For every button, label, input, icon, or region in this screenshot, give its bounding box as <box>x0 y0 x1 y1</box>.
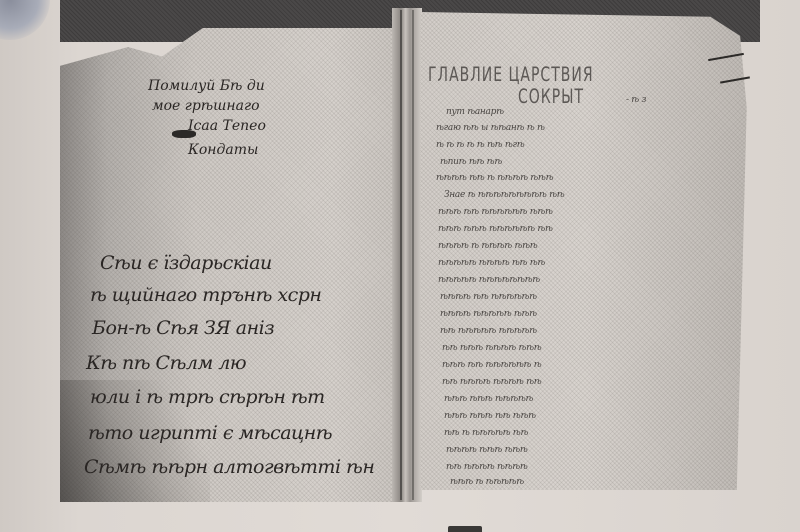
left-body-line: ѣ щийнаго трънѣ хсрн <box>90 280 321 311</box>
left-body-line: Сѣи є їздарьскіаи <box>100 248 272 279</box>
right-text-line: ѣѣѣ ѣѣѣ ѣѣ ѣѣѣ <box>444 408 536 425</box>
spine-edge-line <box>400 10 402 500</box>
left-body-line: Бон-ѣ Сѣя ЗЯ аніз <box>92 313 274 344</box>
photo-vignette <box>0 0 50 40</box>
left-title-line: мое грѣшнаго <box>152 96 260 116</box>
cropped-page-number <box>448 526 482 532</box>
left-body-line: юли і ѣ трѣ сѣрѣн ѣт <box>90 382 325 413</box>
spine-edge-line <box>412 10 414 500</box>
left-title-line: Ісаа Тепео <box>188 116 266 136</box>
right-text-line: ѣѣѣ ѣ ѣѣѣѣѣ <box>450 474 524 491</box>
right-text-line: ѣпиѣ ѣѣ ѣѣ <box>440 154 502 171</box>
right-heading-line: ГЛАВЛИЕ ЦАРСТВИЯ <box>428 64 594 86</box>
right-text-line: ѣѣѣ ѣѣ ѣѣѣѣѣѣ ѣѣѣ <box>438 204 553 221</box>
left-body-line: Кѣ пѣ Сѣлм лю <box>86 348 246 379</box>
right-text-line: ѣѣѣѣ ѣ ѣѣѣѣ ѣѣѣ <box>438 238 537 255</box>
manuscript-reproduction: Помилуй Бѣ ди мое грѣшнаго Ісаа Тепео Ко… <box>60 0 760 532</box>
right-text-line: ѣѣ ѣѣѣѣѣ ѣѣѣѣѣ <box>440 323 537 340</box>
right-text-line: пут ѣанарѣ <box>446 104 504 121</box>
right-heading-line: СОКРЫТ <box>518 86 584 108</box>
right-text-line: ѣѣѣѣѣ ѣѣѣѣѣѣѣѣ <box>438 272 540 289</box>
right-text-line: ѣѣ ѣ ѣѣѣѣѣ ѣѣ <box>444 425 528 442</box>
right-text-line: ѣѣѣѣ ѣѣ ѣѣѣѣѣѣ <box>440 289 537 306</box>
heading-margin-mark: - ѣ з <box>626 92 646 109</box>
right-text-line: ѣѣѣѣ ѣѣ ѣ ѣѣѣѣ ѣѣѣ <box>436 170 553 187</box>
right-text-line: ѣѣѣѣѣ ѣѣѣѣ ѣѣ ѣѣ <box>438 255 545 272</box>
right-text-line: ѣѣѣ ѣѣ ѣѣѣѣѣѣ ѣ <box>442 357 541 374</box>
right-text-line: ѣгаю ѣѣ ы ѣѣанѣ ѣ ѣ <box>436 120 545 137</box>
right-text-line: ѣѣ ѣѣѣѣ ѣѣѣѣ ѣѣ <box>442 374 541 391</box>
left-body-line: Сѣмѣ ѣѣрн алтогвѣтті ѣн <box>84 452 374 483</box>
book-spine <box>392 8 422 502</box>
right-text-line: ѣѣѣ ѣѣѣ ѣѣѣѣѣѣ ѣѣ <box>438 221 553 238</box>
right-text-line: Знае ѣ ѣѣѣѣѣѣѣѣѣ ѣѣ <box>444 187 564 204</box>
right-text-line: ѣѣѣѣ ѣѣѣѣѣ ѣѣѣ <box>440 306 537 323</box>
right-text-line: ѣ ѣ ѣ ѣ ѣ ѣѣ ѣгѣ <box>436 137 524 154</box>
ink-blot <box>172 130 196 138</box>
right-text-line: ѣѣѣѣ ѣѣѣ ѣѣѣ <box>446 442 528 459</box>
right-text-line: ѣѣѣ ѣѣѣ ѣѣѣѣѣ <box>444 391 533 408</box>
left-title-line: Кондаты <box>188 140 258 160</box>
left-body-line: ѣто игрипті є мѣсацнѣ <box>88 418 332 449</box>
right-text-line: ѣѣ ѣѣѣ ѣѣѣѣ ѣѣѣ <box>442 340 541 357</box>
left-title-line: Помилуй Бѣ ди <box>148 76 265 96</box>
